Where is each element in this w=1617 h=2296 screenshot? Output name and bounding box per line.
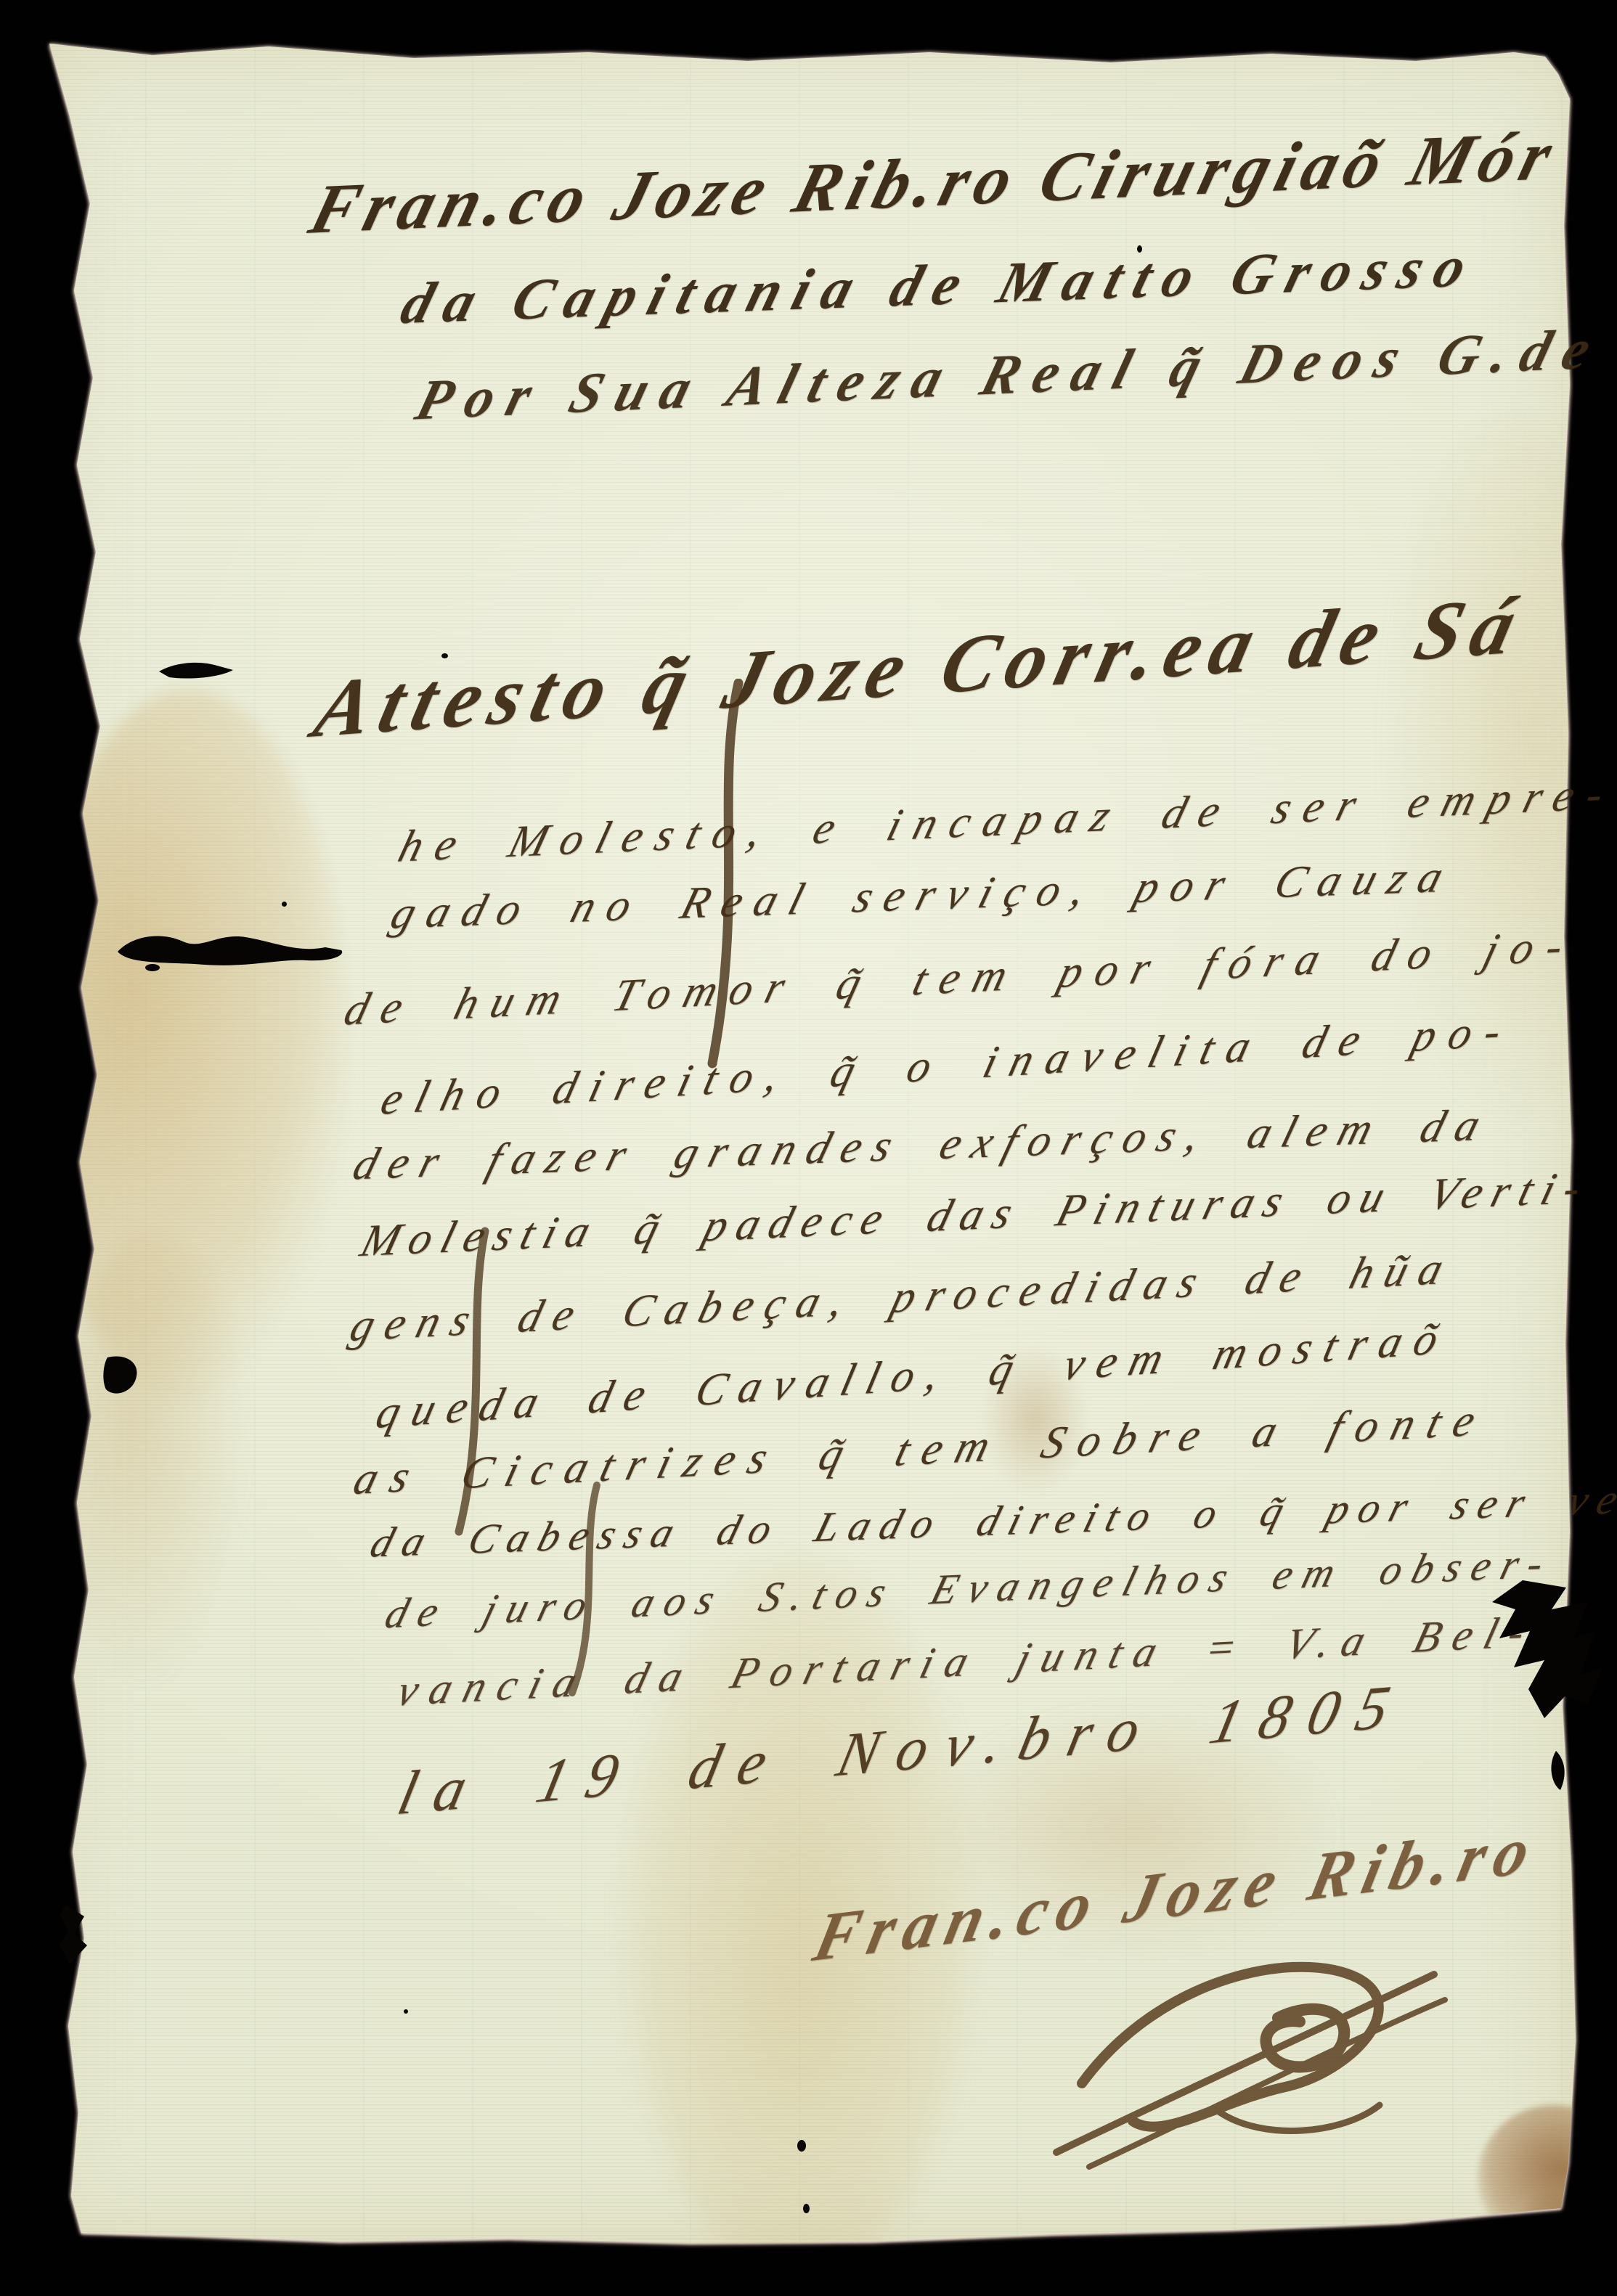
stain-bottom-right-core	[1518, 2185, 1617, 2279]
stain-bottom-right	[1478, 2105, 1617, 2250]
photo-background: Fran.co Joze Rib.ro Cirurgiaõ Mór da Cap…	[0, 0, 1617, 2296]
stain-left-lower	[58, 1234, 247, 1684]
stain-left-large	[29, 690, 349, 1401]
